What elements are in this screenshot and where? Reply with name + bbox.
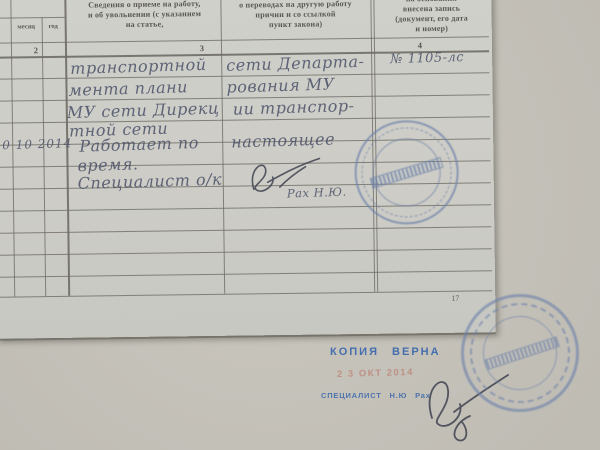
entry-text: рования МУ xyxy=(226,74,335,96)
table-rule-horizontal xyxy=(0,290,492,298)
header-date-title: а т а xyxy=(11,0,64,3)
entry-text: транспортной xyxy=(70,55,207,78)
column-number: 4 xyxy=(414,40,426,50)
copy-verified-stamp: КОПИЯ ВЕРНА xyxy=(330,346,441,358)
column-number: 2 xyxy=(30,45,42,55)
specialist-label: СПЕЦИАЛИСТ xyxy=(321,391,382,400)
table-rule-horizontal xyxy=(0,248,492,256)
entry-text: Работает по xyxy=(79,133,199,156)
table-rule-horizontal xyxy=(0,270,492,278)
table-rule-horizontal xyxy=(0,17,65,19)
entry-date: 0 10 2014 xyxy=(2,136,72,152)
page-number: 17 xyxy=(451,294,459,303)
header-year-label: год xyxy=(42,22,65,32)
workbook-page: а т а месяц год Сведения о приеме на раб… xyxy=(0,0,496,339)
entry-text: настоящее xyxy=(231,129,335,151)
entry-text: мента плани xyxy=(68,77,188,100)
entry-text: сети Департа- xyxy=(226,52,365,75)
entry-order-number: № 1105-лс xyxy=(390,50,464,67)
header-col3-line: пункт закона) xyxy=(225,19,367,31)
specialist-signature xyxy=(239,154,325,197)
header-month-label: месяц xyxy=(11,22,42,32)
table-rule-vertical xyxy=(220,0,225,294)
document-photo: а т а месяц год Сведения о приеме на раб… xyxy=(0,0,600,450)
date-stamp: 2 3 ОКТ 2014 xyxy=(337,367,414,380)
header-col4-line: и номер) xyxy=(379,23,485,34)
round-stamp xyxy=(350,116,463,229)
column-number: 3 xyxy=(196,43,208,53)
header-col3-line: на статье, xyxy=(72,19,218,31)
table-rule-horizontal xyxy=(0,226,491,234)
entry-text: ии транспор- xyxy=(233,96,355,119)
entry-text: Специалист о/к xyxy=(77,170,222,193)
